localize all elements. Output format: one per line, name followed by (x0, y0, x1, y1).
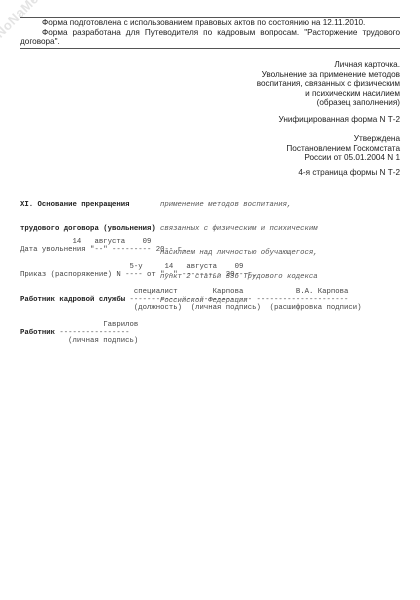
card-title-line: и психическим насилием (257, 89, 400, 99)
hr-worker-label: Работник кадровой службы (20, 296, 125, 304)
employee-row: Работник ---------------- (20, 329, 129, 337)
card-title-line: Увольнение за применение методов (257, 70, 400, 80)
card-title-block: Личная карточка. Увольнение за применени… (257, 60, 400, 108)
notice-line-1: Форма подготовлена с использованием прав… (20, 18, 400, 28)
hr-worker-signature-lines: ----------- ---------------- -----------… (125, 296, 348, 304)
card-title-line: Личная карточка. (257, 60, 400, 70)
card-title-line: воспитания, связанных с физическим (257, 79, 400, 89)
hr-worker-values: специалист Карпова В.А. Карпова (20, 288, 348, 296)
card-title-line: (образец заполнения) (257, 98, 400, 108)
employee-label: Работник (20, 329, 55, 337)
section-xi-label-line: XI. Основание прекращения (20, 201, 156, 209)
approval-line: России от 05.01.2004 N 1 (286, 153, 400, 163)
section-xi-label-line: трудового договора (увольнения) (20, 225, 156, 233)
notice-line-2: Форма разработана для Путеводителя по ка… (20, 28, 400, 47)
section-xi-label: XI. Основание прекращения трудового дого… (20, 185, 156, 241)
reason-line: применение методов воспитания, (160, 201, 318, 209)
employee-values: Гаврилов (20, 321, 138, 329)
dismissal-date-line: Дата увольнения "--" --------- 20-- г. (20, 246, 186, 254)
approval-line: Утверждена (286, 134, 400, 144)
employee-captions: (личная подпись) (20, 337, 138, 345)
employee-signature-line: ---------------- (55, 329, 129, 337)
order-values: 5-у 14 августа 09 (20, 263, 243, 271)
page-note: 4-я страница формы N Т-2 (298, 168, 400, 178)
approval-line: Постановлением Госкомстата (286, 144, 400, 154)
order-line: Приказ (распоряжение) N ---- от "--" ---… (20, 271, 256, 279)
hr-worker-row: Работник кадровой службы ----------- ---… (20, 296, 348, 304)
unified-form-label: Унифицированная форма N Т-2 (279, 115, 401, 125)
hr-worker-captions: (должность) (личная подпись) (расшифровк… (20, 304, 362, 312)
approval-block: Утверждена Постановлением Госкомстата Ро… (286, 134, 400, 163)
form-notice: Форма подготовлена с использованием прав… (20, 17, 400, 49)
reason-line: связанных с физическим и психическим (160, 225, 318, 233)
dismissal-date-values: 14 августа 09 (20, 238, 151, 246)
